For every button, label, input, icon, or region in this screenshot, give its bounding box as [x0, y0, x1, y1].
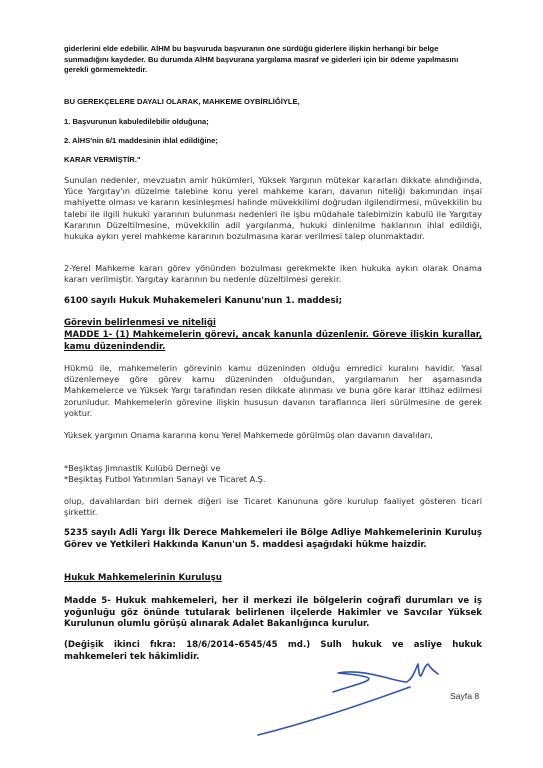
page-number: Sayfa 8 [450, 691, 479, 701]
document-page: giderlerini elde edebilir. AİHM bu başvu… [0, 0, 543, 768]
signature-icon [0, 0, 543, 768]
